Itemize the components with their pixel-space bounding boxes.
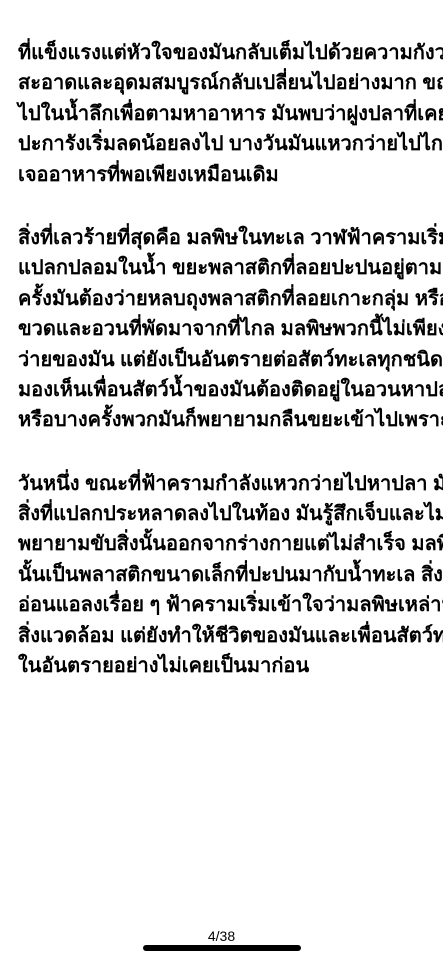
text-line: เจออาหารที่พอเพียงเหมือนเดิม xyxy=(18,160,426,190)
text-line: ว่ายของมัน แต่ยังเป็นอันตรายต่อสัตว์ทะเล… xyxy=(18,345,426,375)
text-line: หรือบางครั้งพวกมันก็พยายามกลืนขยะเข้าไปเ… xyxy=(18,405,426,435)
text-line: อ่อนแอลงเรื่อย ๆ ฟ้าครามเริ่มเข้าใจว่ามล… xyxy=(18,590,426,620)
text-line: สิ่งแวดล้อม แต่ยังทำให้ชีวิตของมันและเพื… xyxy=(18,621,426,651)
text-line: ขวดและอวนที่พัดมาจากที่ไกล มลพิษพวกนี้ไม… xyxy=(18,314,426,344)
text-line: ในอันตรายอย่างไม่เคยเป็นมาก่อน xyxy=(18,651,426,681)
text-line: แปลกปลอมในน้ำ ขยะพลาสติกที่ลอยปะปนอยู่ตา… xyxy=(18,253,426,283)
text-content: ที่แข็งแรงแต่หัวใจของมันกลับเต็มไปด้วยคว… xyxy=(18,38,426,681)
text-line: สิ่งที่แปลกประหลาดลงไปในท้อง มันรู้สึกเจ… xyxy=(18,499,426,529)
text-line: พยายามขับสิ่งนั้นออกจากร่างกายแต่ไม่สำเร… xyxy=(18,529,426,559)
reader-page: ที่แข็งแรงแต่หัวใจของมันกลับเต็มไปด้วยคว… xyxy=(0,0,443,960)
paragraph: ที่แข็งแรงแต่หัวใจของมันกลับเต็มไปด้วยคว… xyxy=(18,38,426,190)
text-line: มองเห็นเพื่อนสัตว์น้ำของมันต้องติดอยู่ใน… xyxy=(18,375,426,405)
paragraph: สิ่งที่เลวร้ายที่สุดคือ มลพิษในทะเล วาฬฟ… xyxy=(18,223,426,436)
page-indicator: 4/38 xyxy=(0,928,443,944)
text-line: สิ่งที่เลวร้ายที่สุดคือ มลพิษในทะเล วาฬฟ… xyxy=(18,223,426,253)
text-line: สะอาดและอุดมสมบูรณ์กลับเปลี่ยนไปอย่างมาก… xyxy=(18,68,426,98)
home-indicator[interactable] xyxy=(143,945,301,951)
text-line: ไปในน้ำลึกเพื่อตามหาอาหาร มันพบว่าฝูงปลา… xyxy=(18,99,426,129)
text-line: ที่แข็งแรงแต่หัวใจของมันกลับเต็มไปด้วยคว… xyxy=(18,38,426,68)
text-line: ครั้งมันต้องว่ายหลบถุงพลาสติกที่ลอยเกาะก… xyxy=(18,284,426,314)
text-line: วันหนึ่ง ขณะที่ฟ้าครามกำลังแหวกว่ายไปหาป… xyxy=(18,469,426,499)
paragraph: วันหนึ่ง ขณะที่ฟ้าครามกำลังแหวกว่ายไปหาป… xyxy=(18,469,426,682)
text-line: นั้นเป็นพลาสติกขนาดเล็กที่ปะปนมากับน้ำทะ… xyxy=(18,560,426,590)
text-line: ปะการังเริ่มลดน้อยลงไป บางวันมันแหวกว่าย… xyxy=(18,129,426,159)
